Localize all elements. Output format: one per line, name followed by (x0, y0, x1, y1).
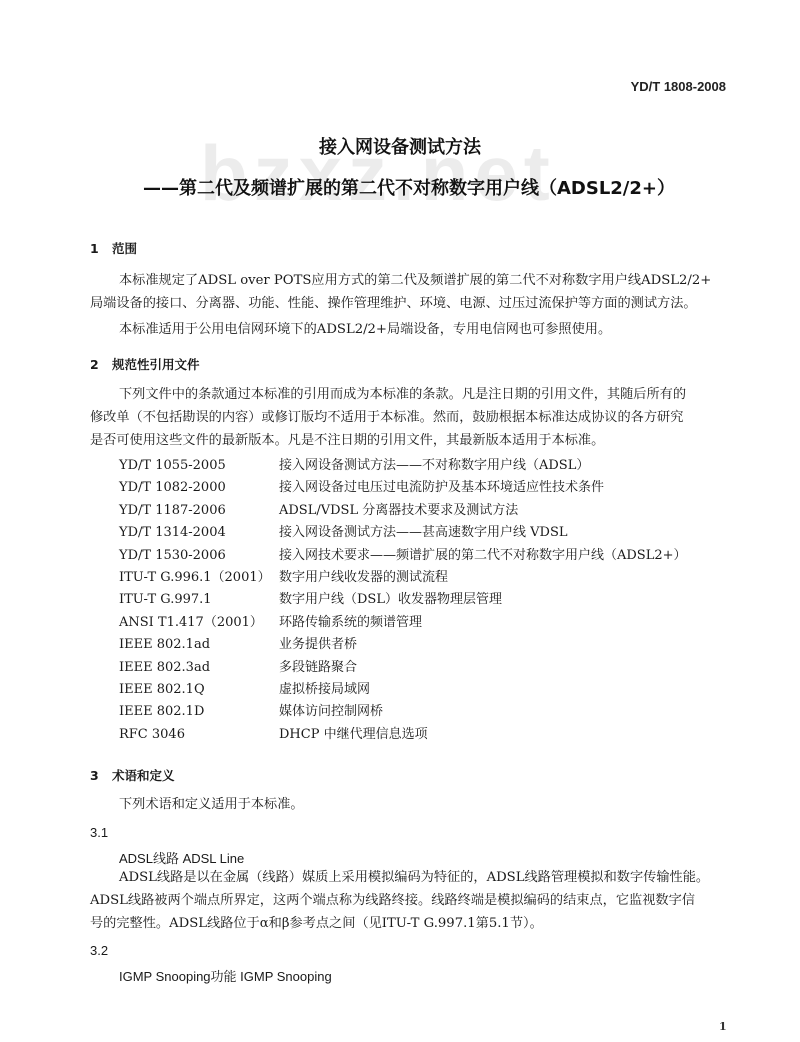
reference-title: 数字用户线收发器的测试流程 (279, 567, 448, 589)
section-2-heading: 2规范性引用文件 (90, 355, 200, 373)
reference-item: YD/T 1530-2006接入网技术要求——频谱扩展的第二代不对称数字用户线（… (119, 545, 687, 567)
reference-title: 业务提供者桥 (279, 634, 357, 656)
reference-title: 数字用户线（DSL）收发器物理层管理 (279, 589, 502, 611)
section-title: 范围 (112, 241, 137, 256)
reference-code: IEEE 802.1Q (119, 679, 279, 701)
subsection-number: 3.1 (90, 825, 108, 840)
reference-item: IEEE 802.1Q虚拟桥接局域网 (119, 679, 687, 701)
section-number: 2 (90, 357, 112, 372)
reference-code: RFC 3046 (119, 724, 279, 746)
section-1-paragraph-1: 本标准规定了ADSL over POTS应用方式的第二代及频谱扩展的第二代不对称… (90, 269, 730, 315)
reference-title: DHCP 中继代理信息选项 (279, 724, 428, 746)
reference-code: ITU-T G.996.1（2001） (119, 567, 279, 589)
section-number: 3 (90, 768, 112, 783)
reference-code: IEEE 802.1ad (119, 634, 279, 656)
reference-title: 接入网设备测试方法——甚高速数字用户线 VDSL (279, 522, 567, 544)
term-title: IGMP Snooping功能 IGMP Snooping (119, 966, 332, 985)
reference-item: ANSI T1.417（2001）环路传输系统的频谱管理 (119, 612, 687, 634)
paragraph-line: ADSL线路是以在金属（线路）媒质上采用模拟编码为特征的，ADSL线路管理模拟和… (119, 870, 709, 885)
paragraph-line: 局端设备的接口、分离器、功能、性能、操作管理维护、环境、电源、过压过流保护等方面… (90, 296, 697, 311)
reference-item: YD/T 1314-2004接入网设备测试方法——甚高速数字用户线 VDSL (119, 522, 687, 544)
reference-item: IEEE 802.3ad多段链路聚合 (119, 657, 687, 679)
section-1-heading: 1范围 (90, 239, 137, 257)
term-definition: ADSL线路是以在金属（线路）媒质上采用模拟编码为特征的，ADSL线路管理模拟和… (90, 866, 730, 935)
reference-item: IEEE 802.1D媒体访问控制网桥 (119, 701, 687, 723)
reference-title: 媒体访问控制网桥 (279, 701, 383, 723)
reference-code: YD/T 1055-2005 (119, 455, 279, 477)
reference-code: YD/T 1082-2000 (119, 477, 279, 499)
reference-item: RFC 3046DHCP 中继代理信息选项 (119, 724, 687, 746)
standard-code: YD/T 1808-2008 (631, 79, 726, 94)
reference-title: ADSL/VDSL 分离器技术要求及测试方法 (279, 500, 518, 522)
document-subtitle: ——第二代及频谱扩展的第二代不对称数字用户线（ADSL2/2+） (0, 174, 800, 200)
reference-title: 接入网设备过电压过电流防护及基本环境适应性技术条件 (279, 477, 604, 499)
reference-item: YD/T 1187-2006ADSL/VDSL 分离器技术要求及测试方法 (119, 500, 687, 522)
reference-title: 环路传输系统的频谱管理 (279, 612, 422, 634)
paragraph-line: 下列术语和定义适用于本标准。 (119, 797, 304, 812)
paragraph-line: 本标准规定了ADSL over POTS应用方式的第二代及频谱扩展的第二代不对称… (119, 273, 711, 288)
section-title: 规范性引用文件 (112, 357, 200, 372)
reference-code: ITU-T G.997.1 (119, 589, 279, 611)
reference-title: 接入网设备测试方法——不对称数字用户线（ADSL） (279, 455, 589, 477)
reference-list: YD/T 1055-2005接入网设备测试方法——不对称数字用户线（ADSL） … (119, 455, 687, 746)
section-3-intro: 下列术语和定义适用于本标准。 (90, 793, 730, 816)
reference-code: YD/T 1530-2006 (119, 545, 279, 567)
reference-code: YD/T 1187-2006 (119, 500, 279, 522)
reference-title: 接入网技术要求——频谱扩展的第二代不对称数字用户线（ADSL2+） (279, 545, 687, 567)
term-title: ADSL线路 ADSL Line (119, 848, 244, 867)
paragraph-line: 修改单（不包括勘误的内容）或修订版均不适用于本标准。然而，鼓励根据本标准达成协议… (90, 410, 683, 425)
paragraph-line: 下列文件中的条款通过本标准的引用而成为本标准的条款。凡是注日期的引用文件，其随后… (119, 387, 686, 402)
section-1-paragraph-2: 本标准适用于公用电信网环境下的ADSL2/2+局端设备，专用电信网也可参照使用。 (90, 318, 730, 341)
reference-item: ITU-T G.997.1数字用户线（DSL）收发器物理层管理 (119, 589, 687, 611)
reference-item: YD/T 1055-2005接入网设备测试方法——不对称数字用户线（ADSL） (119, 455, 687, 477)
section-title: 术语和定义 (112, 768, 175, 783)
reference-item: ITU-T G.996.1（2001）数字用户线收发器的测试流程 (119, 567, 687, 589)
document-page: YD/T 1808-2008 bzxz.net 接入网设备测试方法 ——第二代及… (0, 0, 800, 1042)
reference-code: IEEE 802.1D (119, 701, 279, 723)
reference-code: ANSI T1.417（2001） (119, 612, 279, 634)
section-3-heading: 3术语和定义 (90, 766, 175, 784)
reference-code: YD/T 1314-2004 (119, 522, 279, 544)
paragraph-line: ADSL线路被两个端点所界定，这两个端点称为线路终接。线路终端是模拟编码的结束点… (90, 893, 695, 908)
reference-title: 多段链路聚合 (279, 657, 357, 679)
section-2-paragraph: 下列文件中的条款通过本标准的引用而成为本标准的条款。凡是注日期的引用文件，其随后… (90, 383, 730, 452)
reference-item: YD/T 1082-2000接入网设备过电压过电流防护及基本环境适应性技术条件 (119, 477, 687, 499)
reference-code: IEEE 802.3ad (119, 657, 279, 679)
section-number: 1 (90, 241, 112, 256)
page-number: 1 (719, 1020, 727, 1033)
subsection-number: 3.2 (90, 943, 108, 958)
paragraph-line: 是否可使用这些文件的最新版本。凡是不注日期的引用文件，其最新版本适用于本标准。 (90, 433, 604, 448)
paragraph-line: 号的完整性。ADSL线路位于α和β参考点之间（见ITU-T G.997.1第5.… (90, 916, 543, 931)
reference-title: 虚拟桥接局域网 (279, 679, 370, 701)
paragraph-line: 本标准适用于公用电信网环境下的ADSL2/2+局端设备，专用电信网也可参照使用。 (119, 322, 611, 337)
document-title: 接入网设备测试方法 (0, 133, 800, 159)
reference-item: IEEE 802.1ad业务提供者桥 (119, 634, 687, 656)
